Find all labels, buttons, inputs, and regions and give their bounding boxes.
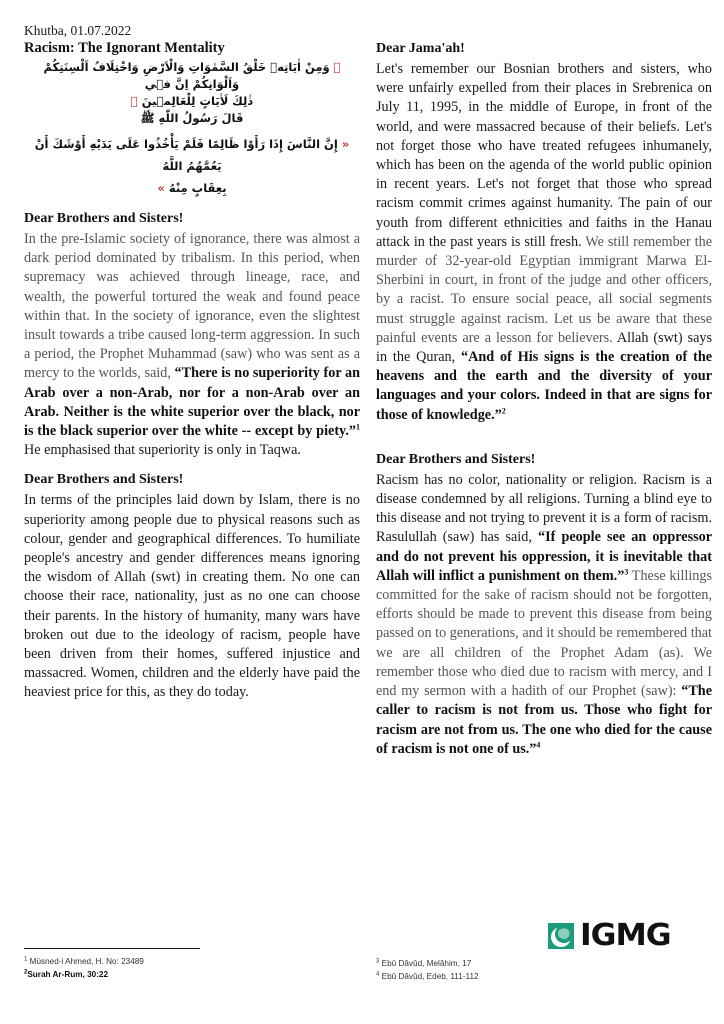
section-paragraph: In terms of the principles laid down by … (24, 491, 360, 702)
hadith-attribution: قَالَ رَسُولُ اللّٰهِ ﷺ (24, 110, 360, 127)
section-heading: Dear Brothers and Sisters! (24, 210, 360, 228)
footnote-divider (24, 948, 200, 949)
footnotes-left: 1 Müsned-i Ahmed, H. No: 23489 2Surah Ar… (24, 955, 144, 981)
footnote-ref: 1 (356, 422, 360, 431)
hadith-line-2: بِعِقَابٍ مِنْهُ » (24, 177, 360, 199)
logo-text: IGMG (580, 921, 671, 951)
section-heading: Dear Brothers and Sisters! (376, 451, 712, 469)
left-column: Khutba, 01.07.2022 Racism: The Ignorant … (24, 22, 360, 703)
document-kicker: Khutba, 01.07.2022 (24, 22, 360, 39)
footnote-ref: 4 (536, 740, 540, 749)
right-column: Dear Jama'ah! Let's remember our Bosnian… (376, 40, 712, 759)
khutba-page: Khutba, 01.07.2022 Racism: The Ignorant … (0, 0, 724, 1024)
hadith-line-1: « إِنَّ النَّاسَ إِذَا رَأَوْا ظَالِمًا … (24, 133, 360, 177)
igmg-logo: IGMG (548, 921, 666, 951)
hadith-arabic: « إِنَّ النَّاسَ إِذَا رَأَوْا ظَالِمًا … (24, 133, 360, 199)
page-title: Racism: The Ignorant Mentality (24, 39, 360, 57)
footnote-item: 1 Müsned-i Ahmed, H. No: 23489 (24, 955, 144, 968)
footnote-item: 4 Ebû Dâvûd, Edeb, 111-112 (376, 970, 479, 983)
section-paragraph: Racism has no color, nationality or reli… (376, 471, 712, 759)
section-heading: Dear Jama'ah! (376, 40, 712, 58)
section-heading: Dear Brothers and Sisters! (24, 471, 360, 489)
quran-verse-arabic: ﴿ وَمِنْ اٰيَاتِه۪ خَلْقُ السَّمٰوَاتِ و… (24, 59, 360, 127)
footnote-item: 3 Ebû Dâvûd, Melâhim, 17 (376, 957, 479, 970)
hadith-open-ornament: « (342, 137, 349, 151)
verse-open-ornament: ﴿ (334, 60, 341, 74)
igmg-crescent-globe-icon (548, 923, 574, 949)
hadith-close-ornament: » (157, 181, 164, 195)
footnote-item: 2Surah Ar-Rum, 30:22 (24, 968, 144, 981)
verse-line-2: ذٰلِكَ لَاٰيَاتٍ لِلْعَالِم۪ينَ ﴾ (24, 93, 360, 110)
verse-close-ornament: ﴾ (131, 94, 138, 108)
section-paragraph: In the pre-Islamic society of ignorance,… (24, 230, 360, 460)
section-paragraph: Let's remember our Bosnian brothers and … (376, 60, 712, 425)
footnote-ref: 2 (502, 406, 506, 415)
footnotes-right: 3 Ebû Dâvûd, Melâhim, 17 4 Ebû Dâvûd, Ed… (376, 957, 479, 983)
verse-line-1: ﴿ وَمِنْ اٰيَاتِه۪ خَلْقُ السَّمٰوَاتِ و… (24, 59, 360, 93)
